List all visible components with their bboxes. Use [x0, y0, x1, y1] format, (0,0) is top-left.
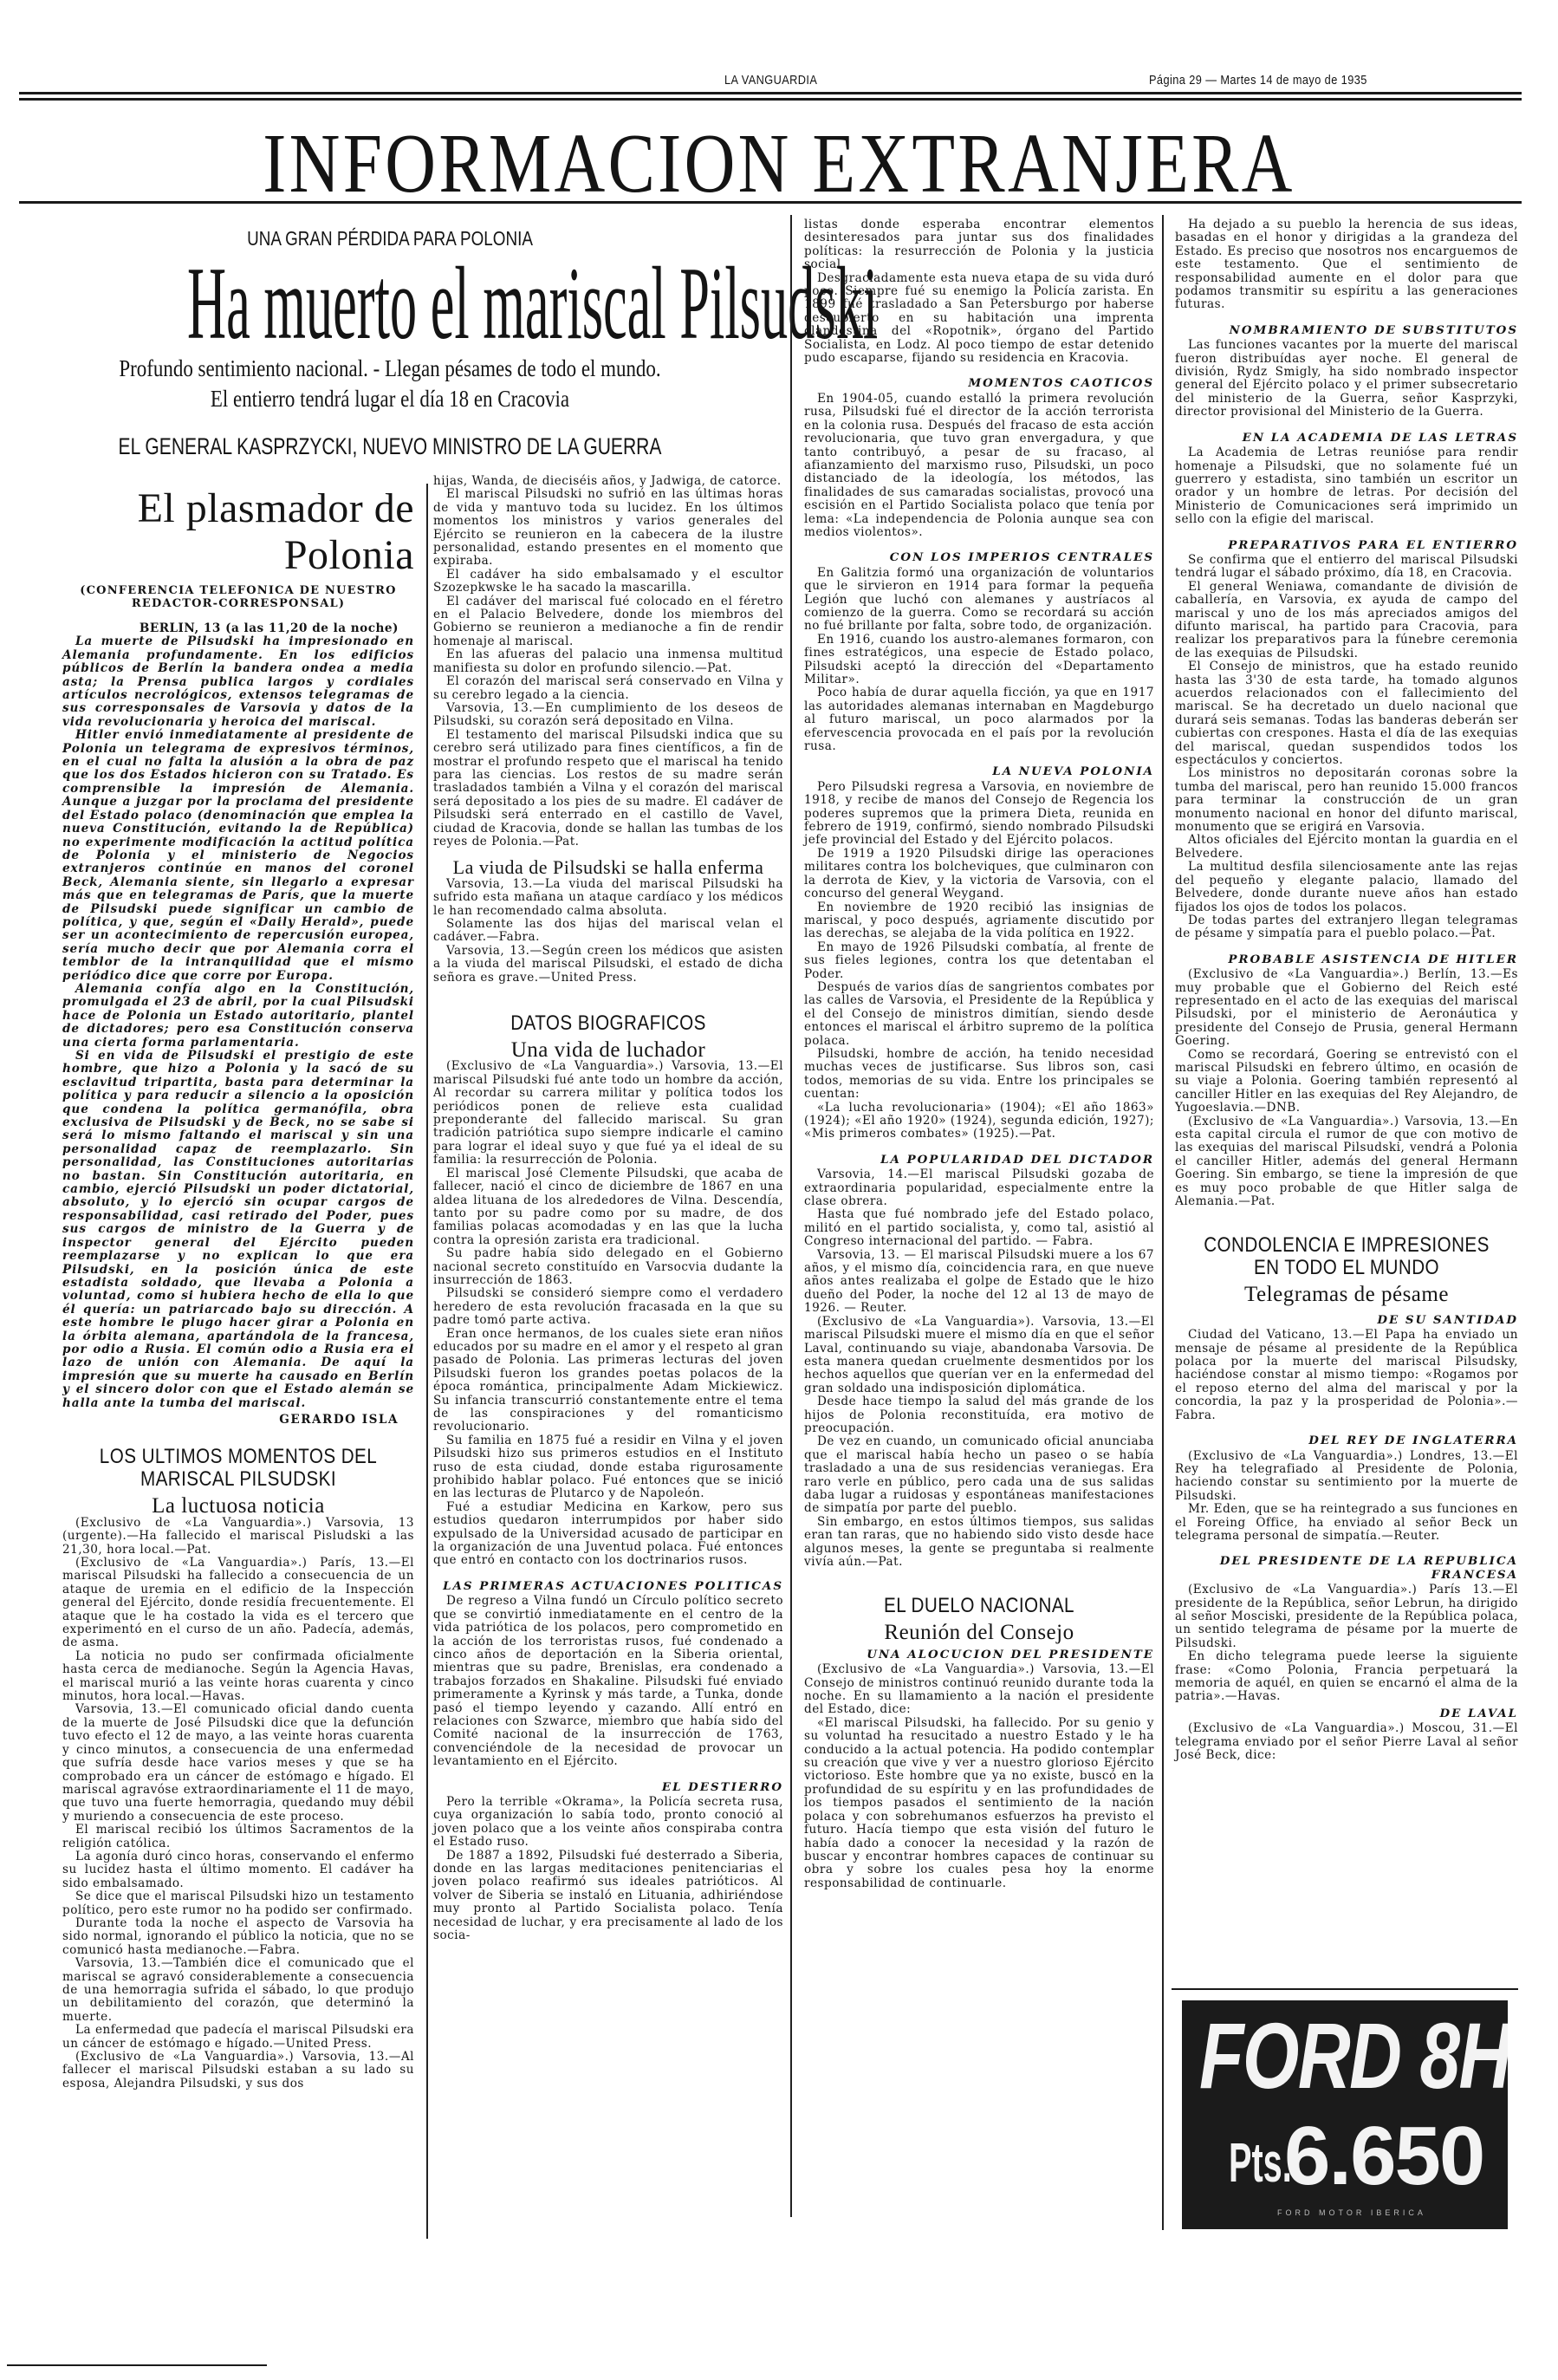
paragraph: Mr. Eden, que se ha reintegrado a sus fu…: [1175, 1503, 1518, 1543]
paragraph: El corazón del mariscal será conservado …: [433, 675, 783, 702]
paragraph: hijas, Wanda, de dieciséis años, y Jadwi…: [433, 475, 783, 488]
subsection-substitutos: NOMBRAMIENTO DE SUBSTITUTOS: [1175, 324, 1518, 337]
paragraph: La muerte de Pilsudski ha impresionado e…: [62, 635, 414, 729]
subsection-santidad: DE SU SANTIDAD: [1175, 1314, 1518, 1327]
paragraph: «El mariscal Pilsudski, ha fallecido. Po…: [804, 1717, 1154, 1890]
paragraph: Pero Pilsudski regresa a Varsovia, en no…: [804, 781, 1154, 848]
paragraph: Los ministros no depositarán coronas sob…: [1175, 767, 1518, 834]
newspaper-name: LA VANGUARDIA: [724, 73, 817, 88]
subsection-destierro: EL DESTIERRO: [433, 1781, 783, 1794]
subsection-popularidad: LA POPULARIDAD DEL DICTADOR: [804, 1154, 1154, 1167]
paragraph: La multitud desfila silenciosamente ante…: [1175, 861, 1518, 914]
paragraph: El general Weniawa, comandante de divisi…: [1175, 581, 1518, 660]
subsection-primeras-actuaciones: LAS PRIMERAS ACTUACIONES POLITICAS: [433, 1580, 783, 1593]
subsection-laval: DE LAVAL: [1175, 1707, 1518, 1720]
paragraph: Desde hace tiempo la salud del más grand…: [804, 1395, 1154, 1435]
paragraph: Pilsudski se consideró siempre como el v…: [433, 1287, 783, 1327]
paragraph: Ciudad del Vaticano, 13.—El Papa ha envi…: [1175, 1329, 1518, 1422]
subheading-viuda: La viuda de Pilsudski se halla enferma: [433, 861, 783, 874]
section-heading-duelo: EL DUELO NACIONAL: [828, 1595, 1129, 1617]
paragraph: De todas partes del extranjero llegan te…: [1175, 914, 1518, 941]
header-rule-top: [19, 92, 1522, 94]
article-title-plasmador: El plasmador de Polonia: [62, 485, 414, 579]
paragraph: Las funciones vacantes por la muerte del…: [1175, 339, 1518, 419]
paragraph: listas donde esperaba encontrar elemento…: [804, 218, 1154, 272]
subsection-alocucion: UNA ALOCUCION DEL PRESIDENTE: [804, 1648, 1154, 1661]
paragraph: De vez en cuando, un comunicado oficial …: [804, 1435, 1154, 1515]
paragraph: El mariscal José Clemente Pilsudski, que…: [433, 1167, 783, 1247]
ad-currency: Pts.: [1229, 2130, 1292, 2195]
paragraph: Varsovia, 13.—En cumplimiento de los des…: [433, 702, 783, 729]
paragraph: Se confirma que el entierro del mariscal…: [1175, 554, 1518, 581]
bottom-rule: [7, 2364, 267, 2366]
paragraph: Varsovia, 13.—El comunicado oficial dand…: [62, 1703, 414, 1824]
paragraph: Se dice que el mariscal Pilsudski hizo u…: [62, 1890, 414, 1917]
paragraph: En 1916, cuando los austro-alemanes form…: [804, 634, 1154, 687]
paragraph: De 1919 a 1920 Pilsudski dirige las oper…: [804, 848, 1154, 901]
column-4: Ha dejado a su pueblo la herencia de sus…: [1175, 218, 1518, 1762]
subsection-presidente-francia: DEL PRESIDENTE DE LA REPUBLICA FRANCESA: [1175, 1555, 1518, 1582]
paragraph: (Exclusivo de «La Vanguardia».) Varsovia…: [804, 1663, 1154, 1717]
dateline-berlin: BERLIN, 13 (a las 11,20 de la noche): [62, 622, 399, 635]
subsection-imperios-centrales: CON LOS IMPERIOS CENTRALES: [804, 551, 1154, 564]
subheading-consejo: Reunión del Consejo: [804, 1626, 1154, 1639]
ad-rule: [1172, 1988, 1518, 1990]
paragraph: Solamente las dos hijas del mariscal vel…: [433, 918, 783, 945]
column-rule-1: [426, 484, 428, 2239]
paragraph: El mariscal Pilsudski no sufrió en las ú…: [433, 488, 783, 568]
paragraph: Después de varios días de sangrientos co…: [804, 981, 1154, 1048]
paragraph: (Exclusivo de «La Vanguardia».) Varsovia…: [62, 2051, 414, 2091]
column-3: listas donde esperaba encontrar elemento…: [804, 218, 1154, 1890]
paragraph: Desgraciadamente esta nueva etapa de su …: [804, 272, 1154, 366]
paragraph: En mayo de 1926 Pilsudski combatía, al f…: [804, 941, 1154, 981]
ford-advertisement[interactable]: FORD 8HP. Pts. 6.650 FORD MOTOR IBERICA: [1182, 2000, 1508, 2229]
paragraph: Pero la terrible «Okrama», la Policía se…: [433, 1796, 783, 1850]
column-rule-2: [790, 215, 792, 2217]
paragraph: Hitler envió inmediatamente al president…: [62, 729, 414, 983]
paragraph: (Exclusivo de «La Vanguardia».) Varsovia…: [1175, 1115, 1518, 1209]
paragraph: De 1887 a 1892, Pilsudski fué desterrado…: [433, 1850, 783, 1943]
paragraph: El cadáver ha sido embalsamado y el escu…: [433, 569, 783, 595]
paragraph: Alemania confía algo en la Constitución,…: [62, 983, 414, 1050]
lead-subhead-2: El entierro tendrá lugar el día 18 en Cr…: [59, 386, 722, 413]
section-heading-ultimos: LOS ULTIMOS MOMENTOS DEL MARISCAL PILSUD…: [87, 1446, 389, 1491]
subsection-entierro: PREPARATIVOS PARA EL ENTIERRO: [1175, 539, 1518, 552]
lead-headline: Ha muerto el mariscal Pilsudski: [187, 251, 593, 355]
ad-footer: FORD MOTOR IBERICA: [1277, 2208, 1426, 2217]
paragraph: En las afueras del palacio una inmensa m…: [433, 648, 783, 675]
paragraph: De regreso a Vilna fundó un Círculo polí…: [433, 1595, 783, 1768]
subsection-academia: EN LA ACADEMIA DE LAS LETRAS: [1175, 432, 1518, 445]
paragraph: La noticia no pudo ser confirmada oficia…: [62, 1650, 414, 1704]
paragraph: Varsovia, 14.—El mariscal Pilsudski goza…: [804, 1168, 1154, 1208]
column-1: El plasmador de Polonia (CONFERENCIA TEL…: [62, 485, 414, 2091]
lead-subhead-1: Profundo sentimiento nacional. - Llegan …: [59, 355, 722, 382]
paragraph: Varsovia, 13. — El mariscal Pilsudski mu…: [804, 1249, 1154, 1316]
signature: GERARDO ISLA: [62, 1414, 399, 1427]
masthead-rule: [19, 201, 1522, 204]
paragraph: El cadáver del mariscal fué colocado en …: [433, 595, 783, 649]
paragraph: Varsovia, 13.—También dice el comunicado…: [62, 1957, 414, 2024]
conference-label: (CONFERENCIA TELEFONICA DE NUESTRO REDAC…: [62, 584, 414, 610]
page-info: Página 29 — Martes 14 de mayo de 1935: [1149, 73, 1367, 88]
paragraph: La agonía duró cinco horas, conservando …: [62, 1850, 414, 1890]
paragraph: En Galitzia formó una organización de vo…: [804, 567, 1154, 634]
paragraph: Altos oficiales del Ejército montan la g…: [1175, 834, 1518, 861]
section-heading-condolencia: CONDOLENCIA E IMPRESIONES EN TODO EL MUN…: [1199, 1234, 1495, 1279]
ad-price: 6.650: [1284, 2115, 1483, 2198]
paragraph: (Exclusivo de «La Vanguardia».) Moscou, …: [1175, 1722, 1518, 1762]
paragraph: (Exclusivo de «La Vanguardia».) Berlín, …: [1175, 968, 1518, 1048]
paragraph: El Consejo de ministros, que ha estado r…: [1175, 660, 1518, 767]
subheading-telegramas: Telegramas de pésame: [1175, 1288, 1518, 1301]
subsection-momentos-caoticos: MOMENTOS CAOTICOS: [804, 377, 1154, 390]
subsection-rey-inglaterra: DEL REY DE INGLATERRA: [1175, 1434, 1518, 1447]
paragraph: La Academia de Letras reunióse para rend…: [1175, 446, 1518, 526]
paragraph: Sin embargo, en estos últimos tiempos, s…: [804, 1516, 1154, 1570]
paragraph: En noviembre de 1920 recibió las insigni…: [804, 901, 1154, 941]
paragraph: (Exclusivo de «La Vanguardia».) Londres,…: [1175, 1450, 1518, 1504]
paragraph: Su familia en 1875 fué a residir en Viln…: [433, 1434, 783, 1501]
paragraph: (Exclusivo de «La Vanguardia»). Varsovia…: [804, 1316, 1154, 1395]
paragraph: Durante toda la noche el aspecto de Vars…: [62, 1917, 414, 1957]
paragraph: Eran once hermanos, de los cuales siete …: [433, 1328, 783, 1434]
subheading-luctuosa: La luctuosa noticia: [62, 1499, 414, 1512]
subheading-luchador: Una vida de luchador: [433, 1044, 783, 1057]
paragraph: La enfermedad que padecía el mariscal Pi…: [62, 2024, 414, 2051]
paragraph: En 1904-05, cuando estalló la primera re…: [804, 393, 1154, 539]
header-rule-bottom: [19, 98, 1522, 101]
paragraph: En dicho telegrama puede leerse la sigui…: [1175, 1650, 1518, 1704]
paragraph: Pilsudski, hombre de acción, ha tenido n…: [804, 1048, 1154, 1102]
paragraph: Como se recordará, Goering se entrevistó…: [1175, 1049, 1518, 1115]
paragraph: Varsovia, 13.—Según creen los médicos qu…: [433, 945, 783, 985]
paragraph: Fué a estudiar Medicina en Karkow, pero …: [433, 1501, 783, 1568]
subsection-nueva-polonia: LA NUEVA POLONIA: [804, 765, 1154, 778]
paragraph: Hasta que fué nombrado jefe del Estado p…: [804, 1208, 1154, 1248]
paragraph: (Exclusivo de «La Vanguardia».) París 13…: [1175, 1583, 1518, 1650]
section-title: INFORMACION EXTRANJERA: [133, 121, 1425, 206]
section-heading-biograficos: DATOS BIOGRAFICOS: [458, 1012, 758, 1035]
paragraph: El testamento del mariscal Pilsudski ind…: [433, 729, 783, 849]
paragraph: (Exclusivo de «La Vanguardia».) Varsovia…: [433, 1060, 783, 1167]
paragraph: Si en vida de Pilsudski el prestigio de …: [62, 1050, 414, 1410]
column-rule-3: [1162, 215, 1164, 2230]
subsection-hitler: PROBABLE ASISTENCIA DE HITLER: [1175, 953, 1518, 966]
column-2: hijas, Wanda, de dieciséis años, y Jadwi…: [433, 475, 783, 1942]
paragraph: Varsovia, 13.—La viuda del mariscal Pils…: [433, 878, 783, 918]
paragraph: (Exclusivo de «La Vanguardia».) París, 1…: [62, 1557, 414, 1650]
paragraph: Ha dejado a su pueblo la herencia de sus…: [1175, 218, 1518, 312]
ad-brand: FORD 8HP.: [1199, 2009, 1508, 2103]
lead-subhead-3: EL GENERAL KASPRZYCKI, NUEVO MINISTRO DE…: [86, 433, 694, 460]
paragraph: «La lucha revolucionaria» (1904); «El añ…: [804, 1102, 1154, 1141]
paragraph: (Exclusivo de «La Vanguardia».) Varsovia…: [62, 1517, 414, 1557]
paragraph: El mariscal recibió los últimos Sacramen…: [62, 1824, 414, 1850]
paragraph: Poco había de durar aquella ficción, ya …: [804, 686, 1154, 753]
paragraph: Su padre había sido delegado en el Gobie…: [433, 1247, 783, 1287]
